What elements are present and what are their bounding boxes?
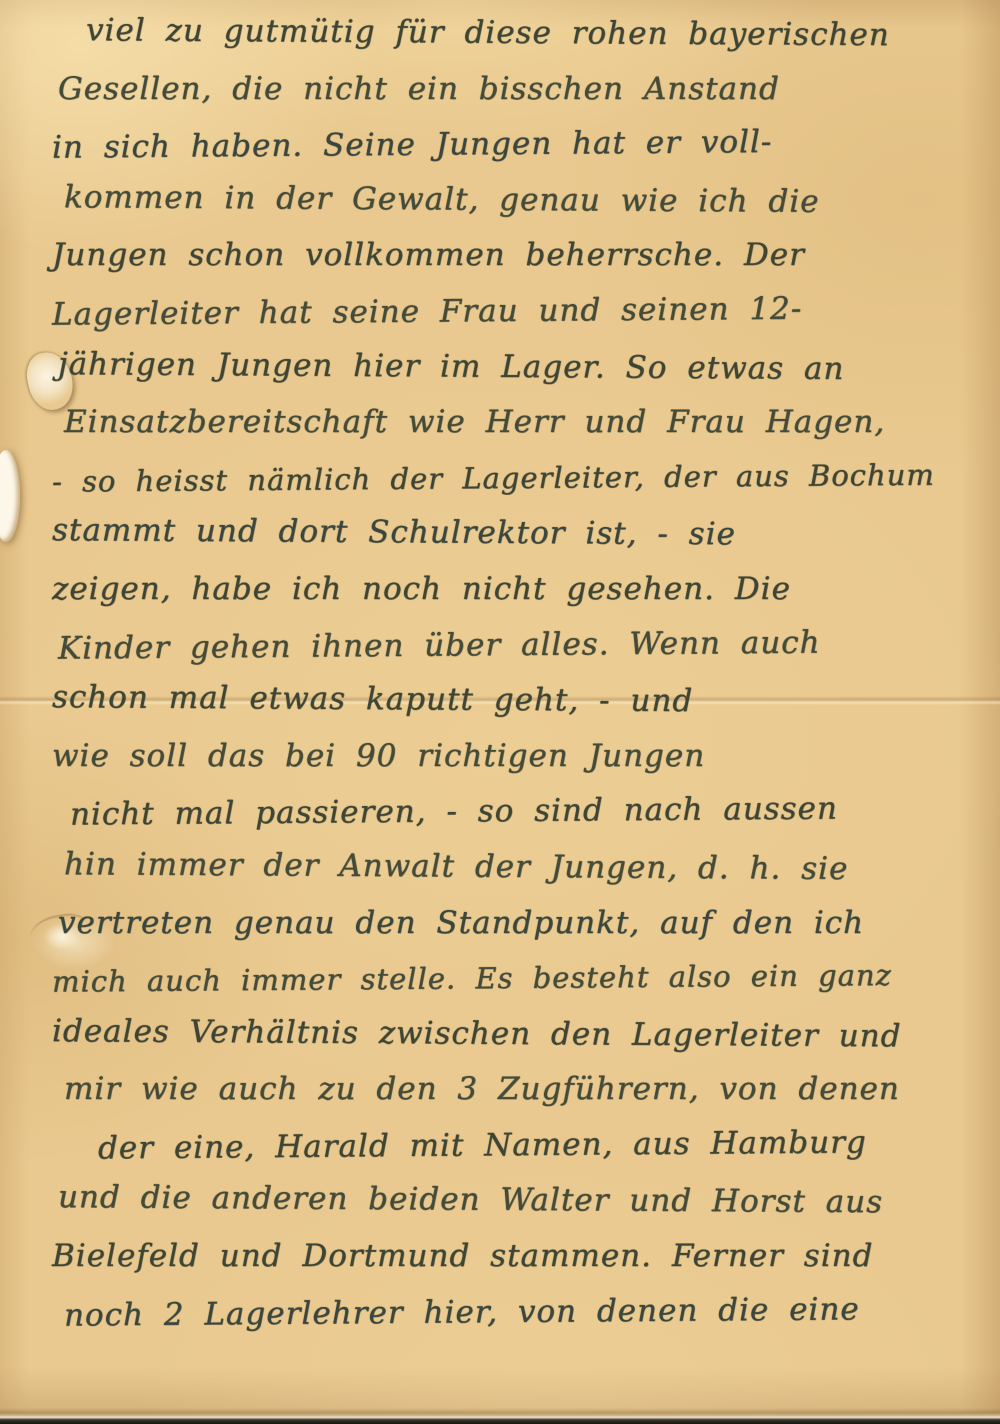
handwritten-line: nicht mal passieren, - so sind nach auss… (70, 781, 982, 844)
handwritten-line: Einsatzbereitschaft wie Herr und Frau Ha… (64, 395, 982, 451)
handwritten-letter-body: viel zu gutmütig für diese rohen bayeris… (52, 6, 982, 1340)
handwritten-line: wie soll das bei 90 richtigen Jungen (52, 729, 982, 785)
handwritten-line: kommen in der Gewalt, genau wie ich die (64, 170, 982, 231)
handwritten-line: zeigen, habe ich noch nicht gesehen. Die (52, 562, 982, 618)
handwritten-line: Bielefeld und Dortmund stammen. Ferner s… (52, 1229, 982, 1285)
handwritten-line: Gesellen, die nicht ein bisschen Anstand (58, 62, 982, 118)
handwritten-line: mich auch immer stelle. Es besteht also … (52, 947, 982, 1010)
scanned-letter-page: viel zu gutmütig für diese rohen bayeris… (0, 0, 1000, 1424)
handwritten-line: mir wie auch zu den 3 Zugführern, von de… (64, 1062, 982, 1118)
handwritten-line: - so heisst nämlich der Lagerleiter, der… (52, 447, 982, 510)
handwritten-line: noch 2 Lagerlehrer hier, von denen die e… (64, 1281, 982, 1344)
handwritten-line: hin immer der Anwalt der Jungen, d. h. s… (64, 837, 982, 898)
handwritten-line: jährigen Jungen hier im Lager. So etwas … (58, 337, 982, 398)
handwritten-line: und die anderen beiden Walter und Horst … (58, 1171, 982, 1232)
handwritten-line: vertreten genau den Standpunkt, auf den … (58, 896, 982, 952)
handwritten-line: viel zu gutmütig für diese rohen bayeris… (86, 3, 982, 64)
handwritten-line: Jungen schon vollkommen beherrsche. Der (52, 228, 982, 284)
handwritten-line: Lagerleiter hat seine Frau und seinen 12… (52, 280, 982, 343)
handwritten-line: schon mal etwas kaputt geht, - und (52, 670, 982, 731)
handwritten-line: der eine, Harald mit Namen, aus Hamburg (98, 1114, 982, 1177)
handwritten-line: Kinder gehen ihnen über alles. Wenn auch (58, 614, 982, 677)
handwritten-line: in sich haben. Seine Jungen hat er voll- (52, 114, 982, 177)
scan-bottom-edge (0, 1408, 1000, 1424)
handwritten-line: ideales Verhältnis zwischen den Lagerlei… (52, 1004, 982, 1065)
handwritten-line: stammt und dort Schulrektor ist, - sie (52, 504, 982, 565)
